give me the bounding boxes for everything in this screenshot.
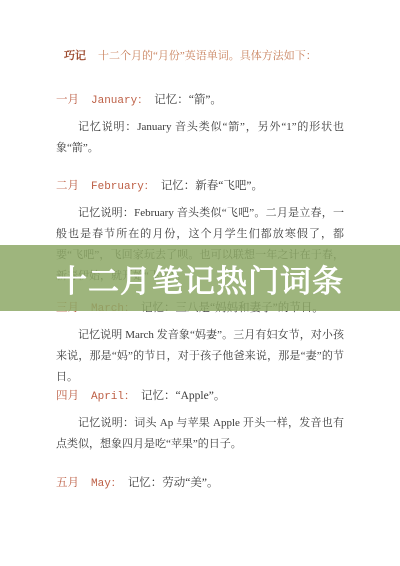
explanation-text: 记忆说明：词头 Ap 与苹果 Apple 开头一样，发音也有点类似，想象四月是吃… xyxy=(56,413,344,455)
entry-header: 五月May：记忆：劳动“美”。 xyxy=(56,475,344,492)
intro-line: 巧记十二个月的“月份”英语单词。具体方法如下： xyxy=(64,48,374,64)
month-entry-january: 一月January：记忆：“箭”。 记忆说明：January 音头类似“箭”，另… xyxy=(56,92,344,159)
month-label: 四月 xyxy=(56,390,79,402)
month-word: January： xyxy=(91,95,148,107)
explanation-text: 记忆说明：January 音头类似“箭”，另外“1”的形状也象“箭”。 xyxy=(56,117,344,159)
entry-header: 一月January：记忆：“箭”。 xyxy=(56,92,344,109)
month-word: May： xyxy=(91,478,122,490)
month-label: 五月 xyxy=(56,477,79,489)
memory-text: 记忆：“Apple”。 xyxy=(141,390,225,402)
banner-overlay: 十二月笔记热门词条 xyxy=(0,245,400,311)
month-word: February： xyxy=(91,181,155,193)
memory-text: 记忆：“箭”。 xyxy=(154,94,222,106)
month-label: 二月 xyxy=(56,180,79,192)
month-entry-may: 五月May：记忆：劳动“美”。 xyxy=(56,475,344,492)
memory-text: 记忆：新春“飞吧”。 xyxy=(161,180,263,192)
banner-title: 十二月笔记热门词条 xyxy=(56,256,344,301)
explanation-text: 记忆说明 March 发音象“妈妻”。三月有妇女节，对小孩来说，那是“妈”的节日… xyxy=(56,325,344,388)
entry-header: 四月April：记忆：“Apple”。 xyxy=(56,388,344,405)
month-label: 一月 xyxy=(56,94,79,106)
memory-text: 记忆：劳动“美”。 xyxy=(128,477,219,489)
document-page: 巧记十二个月的“月份”英语单词。具体方法如下： 一月January：记忆：“箭”… xyxy=(0,0,400,566)
intro-label: 巧记 xyxy=(64,50,86,62)
month-entry-april: 四月April：记忆：“Apple”。 记忆说明：词头 Ap 与苹果 Apple… xyxy=(56,388,344,455)
intro-text: 十二个月的“月份”英语单词。具体方法如下： xyxy=(98,50,317,62)
entry-header: 二月February：记忆：新春“飞吧”。 xyxy=(56,178,344,195)
month-entry-march: 三月March：记忆：三八是“妈妈和妻子”的节日。 记忆说明 March 发音象… xyxy=(56,300,344,388)
month-word: April： xyxy=(91,391,135,403)
